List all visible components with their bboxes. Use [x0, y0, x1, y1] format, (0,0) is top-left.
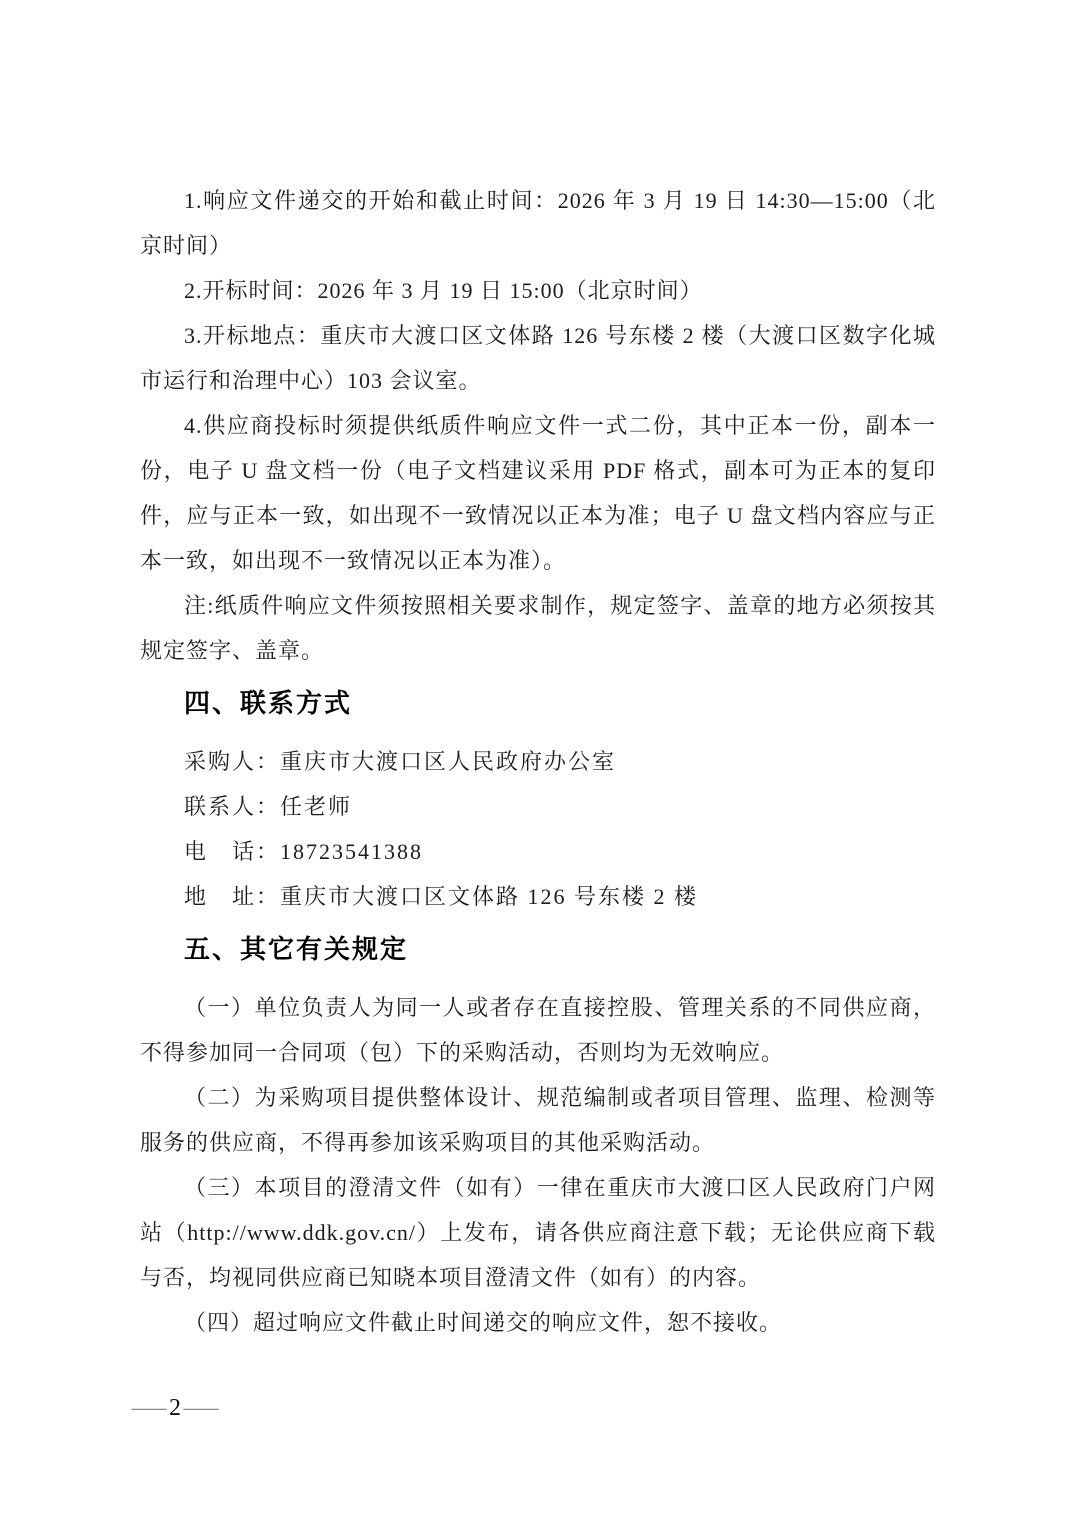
para-note-paper-documents: 注:纸质件响应文件须按照相关要求制作，规定签字、盖章的地方必须按其规定签字、盖章…	[140, 583, 936, 673]
para-bid-opening-location: 3.开标地点：重庆市大渡口区文体路 126 号东楼 2 楼（大渡口区数字化城市运…	[140, 313, 936, 403]
heading-other-rules: 五、其它有关规定	[184, 929, 936, 969]
document-content: 1.响应文件递交的开始和截止时间：2026 年 3 月 19 日 14:30—1…	[140, 178, 936, 1345]
para-rule-2-design-supervision: （二）为采购项目提供整体设计、规范编制或者项目管理、监理、检测等服务的供应商，不…	[140, 1075, 936, 1165]
contact-line-phone: 电 话：18723541388	[184, 829, 936, 874]
contact-line-contact-person: 联系人：任老师	[184, 784, 936, 829]
para-rule-4-late-submission: （四）超过响应文件截止时间递交的响应文件，恕不接收。	[140, 1300, 936, 1345]
contact-line-address: 地 址：重庆市大渡口区文体路 126 号东楼 2 楼	[184, 874, 936, 919]
para-bid-opening-time: 2.开标时间：2026 年 3 月 19 日 15:00（北京时间）	[140, 268, 936, 313]
para-submission-time: 1.响应文件递交的开始和截止时间：2026 年 3 月 19 日 14:30—1…	[140, 178, 936, 268]
page-footer: — 2 —	[137, 1392, 213, 1424]
page-number: 2	[169, 1392, 181, 1424]
para-rule-3-clarification-website: （三）本项目的澄清文件（如有）一律在重庆市大渡口区人民政府门户网站（http:/…	[140, 1165, 936, 1300]
document-page: 1.响应文件递交的开始和截止时间：2026 年 3 月 19 日 14:30—1…	[0, 0, 1074, 1520]
para-document-copies: 4.供应商投标时须提供纸质件响应文件一式二份，其中正本一份，副本一份，电子 U …	[140, 403, 936, 583]
heading-contact-info: 四、联系方式	[184, 683, 936, 723]
footer-dash-right: —	[184, 1392, 219, 1424]
footer-dash-left: —	[132, 1392, 167, 1424]
para-rule-1-same-responsible-person: （一）单位负责人为同一人或者存在直接控股、管理关系的不同供应商，不得参加同一合同…	[140, 985, 936, 1075]
contact-line-purchaser: 采购人：重庆市大渡口区人民政府办公室	[184, 739, 936, 784]
